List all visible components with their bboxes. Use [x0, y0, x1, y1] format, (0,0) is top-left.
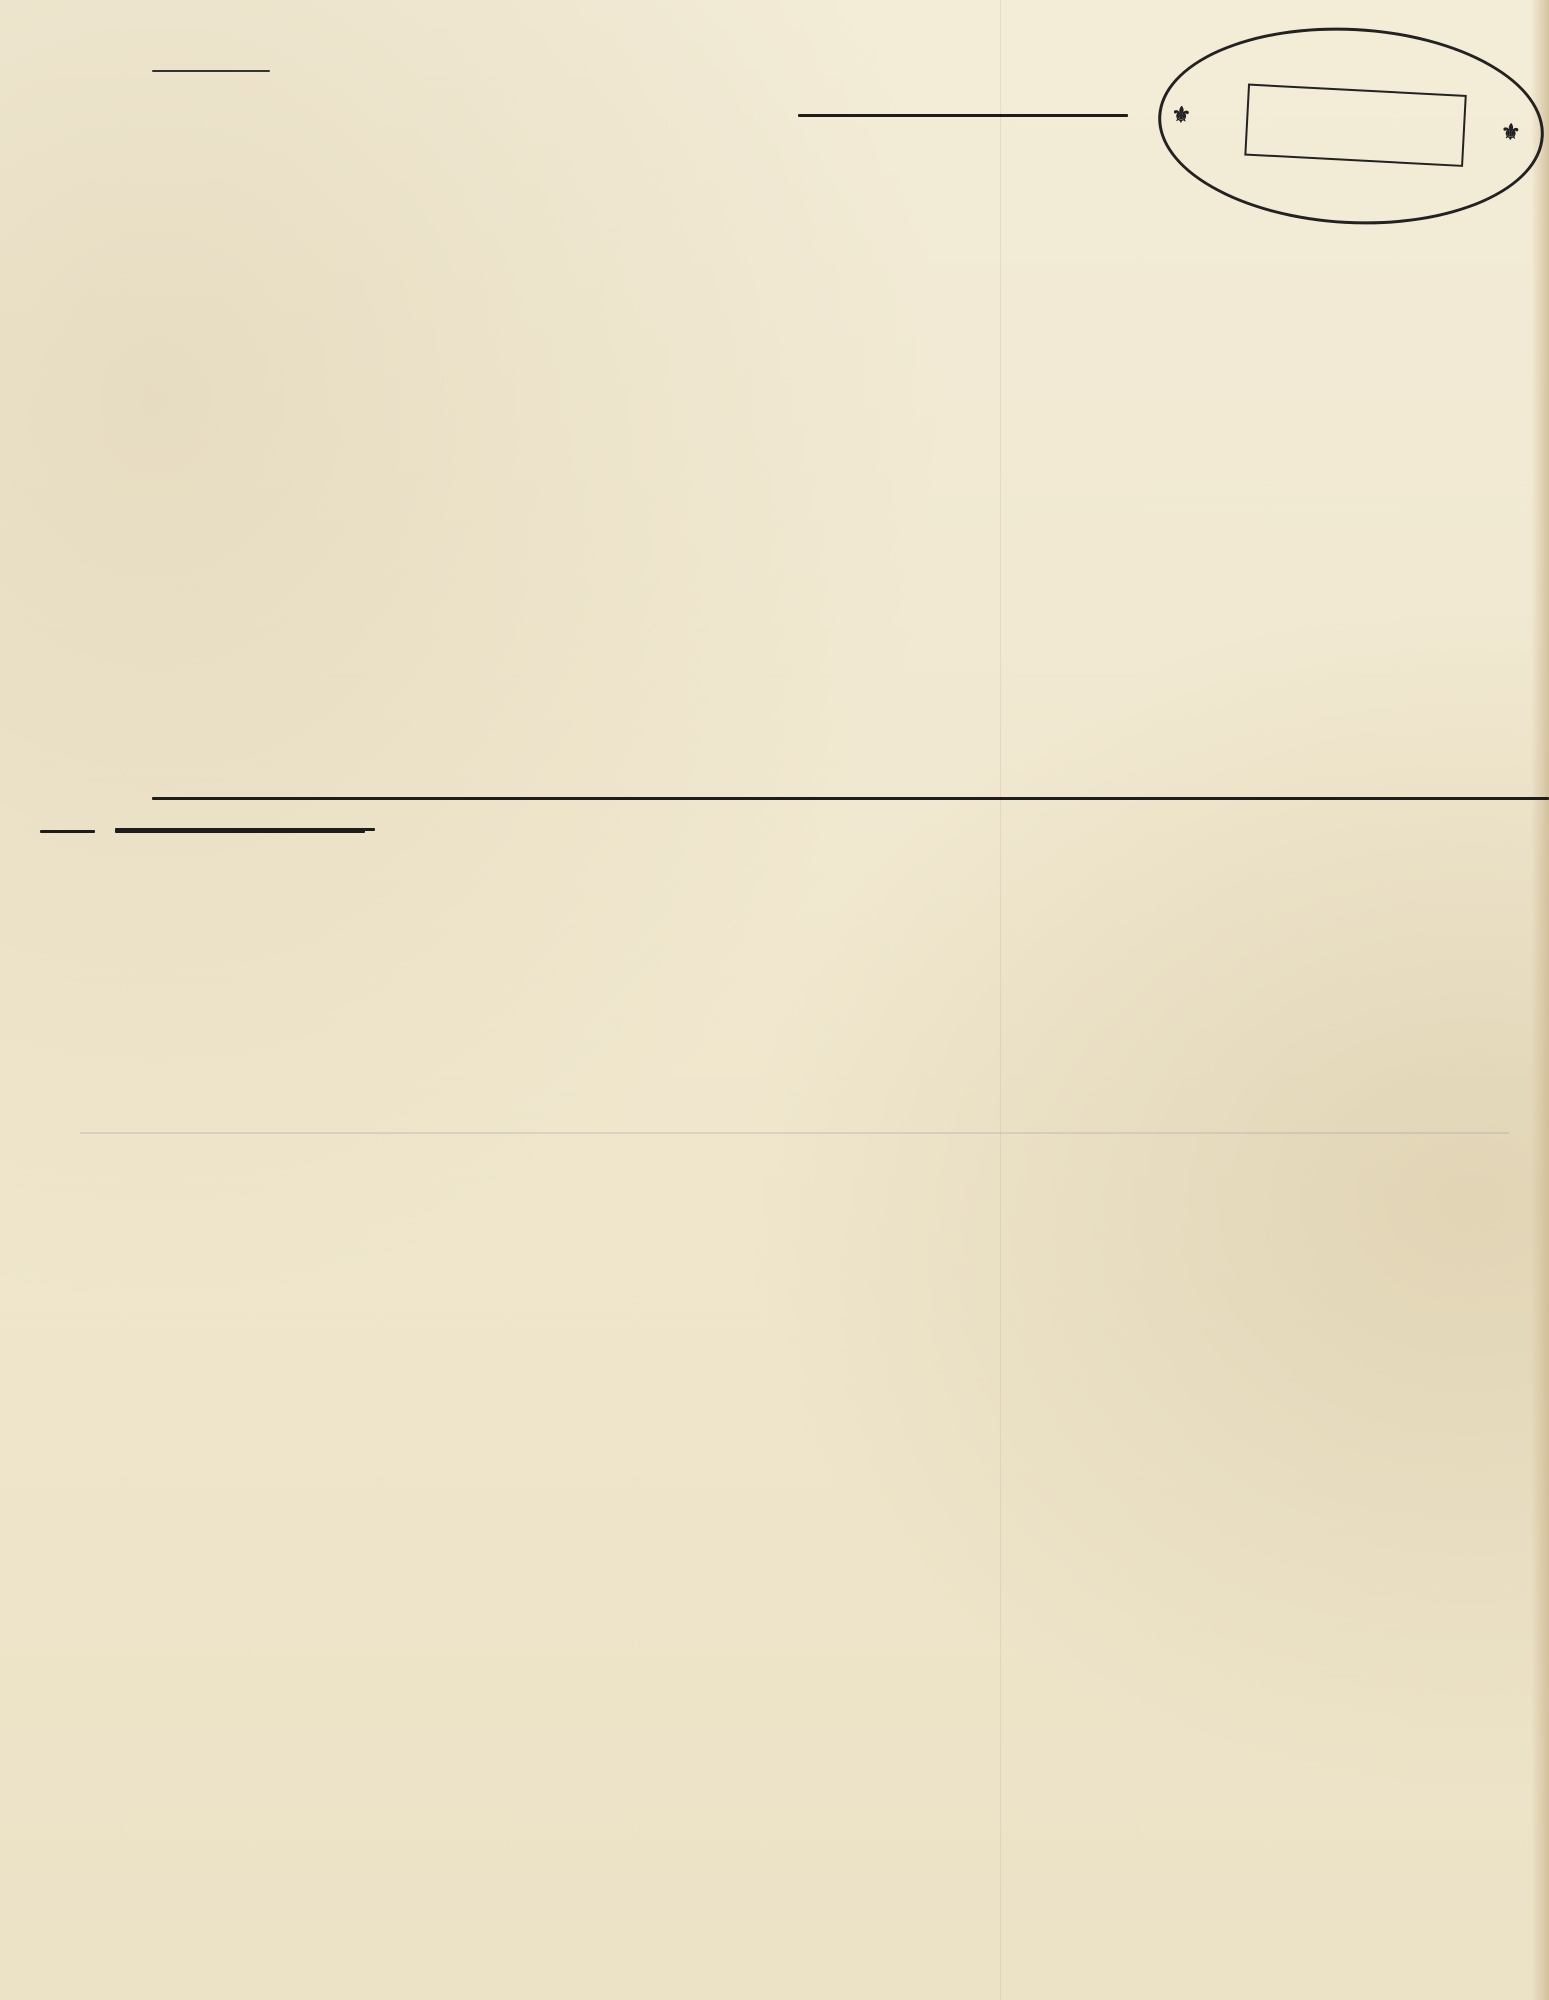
paper-edge: [1531, 0, 1549, 2000]
fleur-de-lis-icon: ⚜: [1171, 102, 1193, 129]
emphasis-underline: [152, 797, 1549, 800]
paper-background: [0, 0, 1549, 2000]
dateline-underline: [798, 114, 1128, 117]
emphasis-underline: [40, 830, 95, 833]
stamp-date-box: [1244, 84, 1466, 167]
paper-fold-horizontal: [80, 1132, 1509, 1134]
category-underline: [152, 70, 270, 72]
emphasis-underline: [115, 828, 375, 831]
fleur-de-lis-icon: ⚜: [1500, 119, 1522, 146]
paper-fold-vertical: [1000, 0, 1001, 2000]
